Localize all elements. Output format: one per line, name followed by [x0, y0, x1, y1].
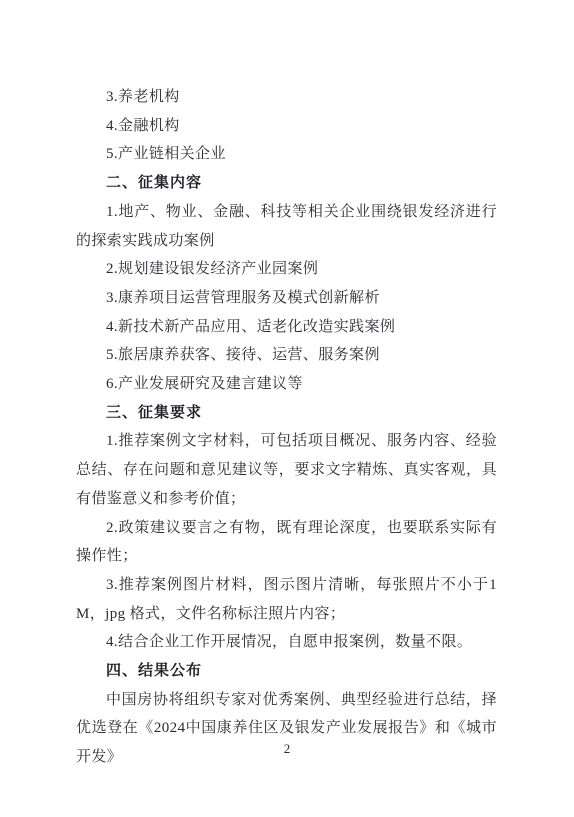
- paragraph: 3.养老机构: [76, 83, 497, 112]
- paragraph: 中国房协将组织专家对优秀案例、典型经验进行总结，择优选登在《2024中国康养住区…: [76, 686, 497, 772]
- paragraph: 2.政策建议要言之有物，既有理论深度，也要联系实际有操作性；: [76, 514, 497, 571]
- paragraph: 6.产业发展研究及建言建议等: [76, 370, 497, 399]
- section-heading: 二、征集内容: [76, 169, 497, 198]
- paragraph: 1.地产、物业、金融、科技等相关企业围绕银发经济进行的探索实践成功案例: [76, 198, 497, 255]
- paragraph: 5.旅居康养获客、接待、运营、服务案例: [76, 341, 497, 370]
- paragraph: 1.推荐案例文字材料，可包括项目概况、服务内容、经验总结、存在问题和意见建议等，…: [76, 427, 497, 513]
- document-page: 3.养老机构4.金融机构5.产业链相关企业二、征集内容1.地产、物业、金融、科技…: [0, 0, 574, 817]
- section-heading: 三、征集要求: [76, 399, 497, 428]
- paragraph: 4.金融机构: [76, 112, 497, 141]
- page-number: 2: [284, 741, 291, 756]
- paragraph: 5.产业链相关企业: [76, 140, 497, 169]
- section-heading: 四、结果公布: [76, 657, 497, 686]
- paragraph: 3.康养项目运营管理服务及模式创新解析: [76, 284, 497, 313]
- paragraph: 4.结合企业工作开展情况，自愿申报案例，数量不限。: [76, 628, 497, 657]
- page-footer: 2: [0, 740, 574, 758]
- paragraph: 2.规划建设银发经济产业园案例: [76, 255, 497, 284]
- document-body: 3.养老机构4.金融机构5.产业链相关企业二、征集内容1.地产、物业、金融、科技…: [76, 83, 497, 772]
- paragraph: 3.推荐案例图片材料，图示图片清晰，每张照片不小于1M，jpg 格式，文件名称标…: [76, 571, 497, 628]
- paragraph: 4.新技术新产品应用、适老化改造实践案例: [76, 313, 497, 342]
